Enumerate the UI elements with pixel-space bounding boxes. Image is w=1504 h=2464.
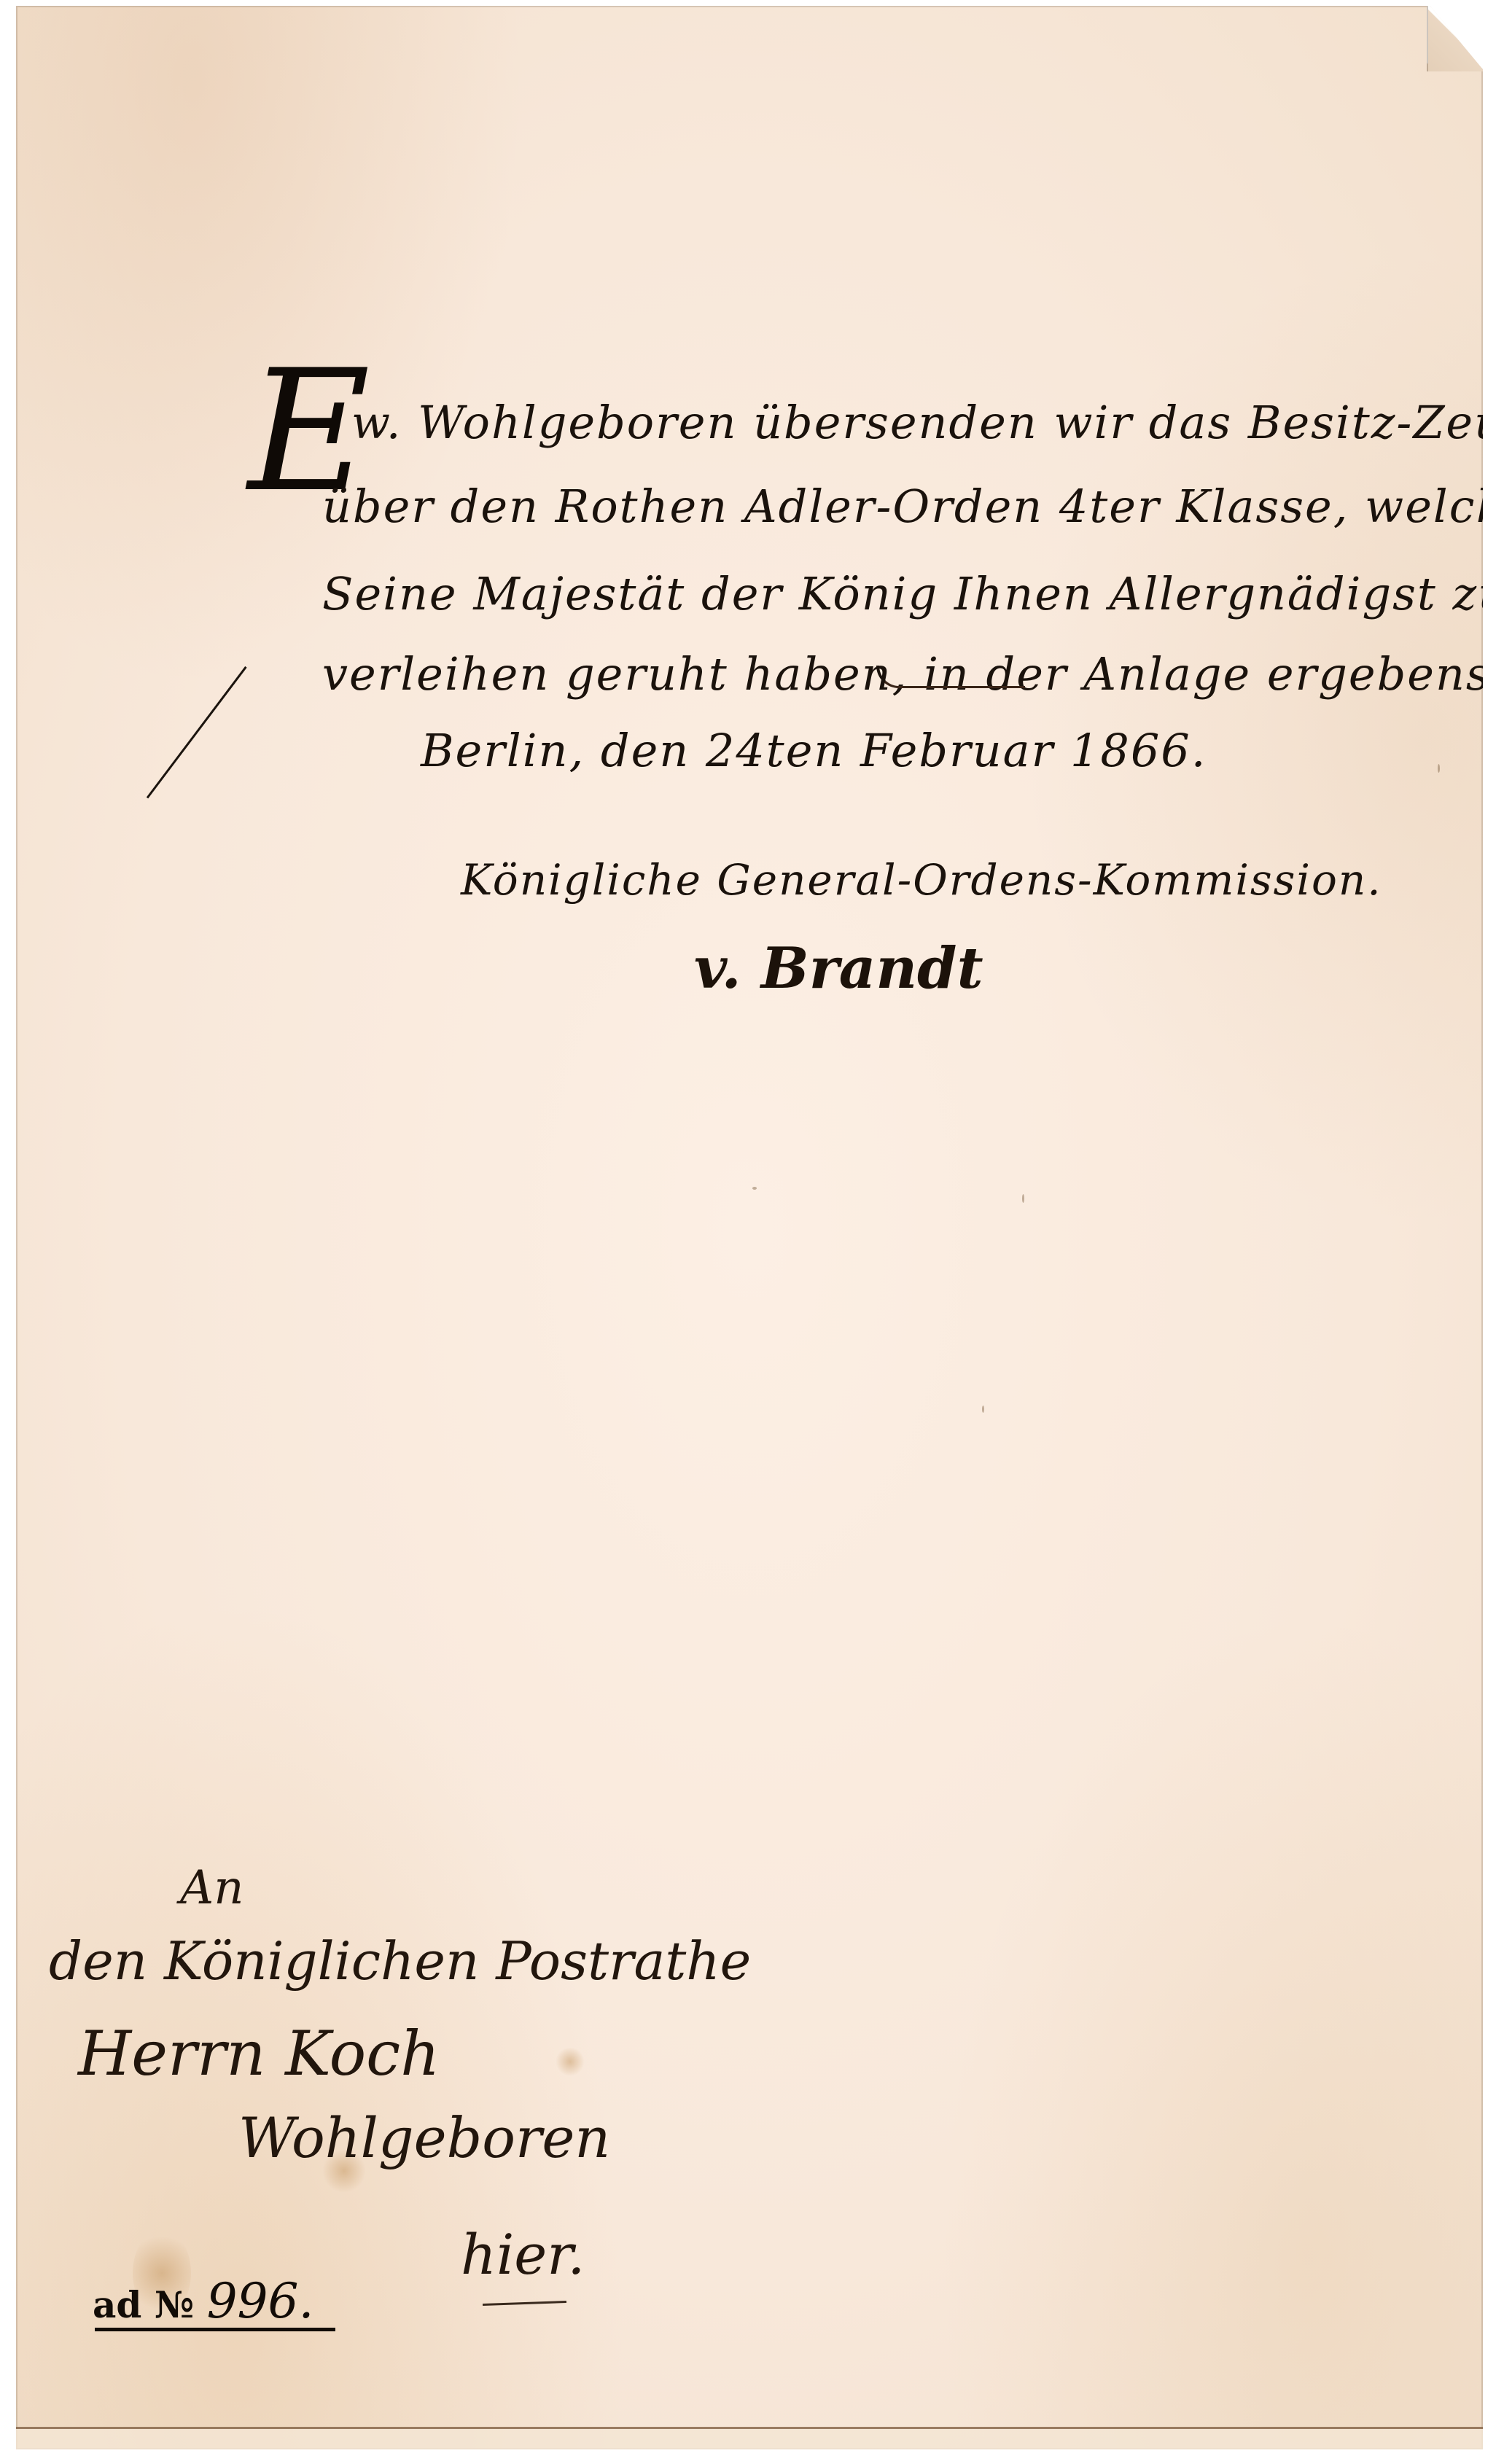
address-an-text: An — [180, 1861, 243, 1915]
document-page: E w. Wohlgeboren übersenden wir das Besi… — [16, 6, 1483, 2449]
paper-speck — [752, 1187, 757, 1190]
address-line-recipient-title: den Königlichen Postrathe — [49, 1930, 751, 1992]
hier-underline — [483, 2301, 566, 2306]
address-line-hier: hier. — [461, 2222, 585, 2287]
address-title-text: den Königlichen Postrathe — [49, 1930, 751, 1992]
folded-corner — [1427, 6, 1483, 71]
dateline: Berlin, den 24ten Februar 1866. — [421, 724, 1207, 777]
sender-line: Königliche General-Ordens-Kommission. — [461, 855, 1382, 905]
reference-number: ad № 996. — [93, 2273, 314, 2329]
folded-bottom-edge — [16, 2427, 1483, 2449]
reference-prefix: ad — [93, 2283, 141, 2326]
signature: v. Brandt — [694, 935, 983, 1002]
body-line-2: über den Rothen Adler-Orden 4ter Klasse,… — [322, 480, 1504, 533]
margin-slash-mark — [147, 666, 247, 798]
body-line-3-text: Seine Majestät der König Ihnen Allergnäd… — [322, 567, 1504, 620]
address-name-text: Herrn Koch — [78, 2018, 440, 2089]
anlage-flourish — [876, 666, 1025, 688]
reference-number-value: 996. — [207, 2273, 314, 2329]
reference-number-sign: № — [155, 2283, 194, 2326]
address-line-name: Herrn Koch — [78, 2018, 440, 2089]
body-line-1-text: w. Wohlgeboren übersenden wir das Besitz… — [351, 396, 1504, 449]
address-honorific-text: Wohlgeboren — [238, 2105, 610, 2170]
body-line-3: Seine Majestät der König Ihnen Allergnäd… — [322, 567, 1504, 620]
paper-speck — [982, 1406, 984, 1413]
reference-underline — [95, 2328, 335, 2331]
body-line-2-text: über den Rothen Adler-Orden 4ter Klasse,… — [322, 480, 1504, 533]
paper-speck — [1438, 764, 1440, 773]
body-line-1: w. Wohlgeboren übersenden wir das Besitz… — [351, 396, 1504, 449]
sender-text: Königliche General-Ordens-Kommission. — [461, 855, 1382, 905]
address-line-honorific: Wohlgeboren — [238, 2105, 610, 2170]
address-hier-text: hier. — [461, 2222, 585, 2287]
address-line-an: An — [180, 1861, 243, 1915]
signature-text: v. Brandt — [694, 935, 983, 1002]
foxing-stain — [556, 2047, 585, 2076]
paper-speck — [1022, 1194, 1024, 1203]
dateline-text: Berlin, den 24ten Februar 1866. — [421, 724, 1207, 777]
